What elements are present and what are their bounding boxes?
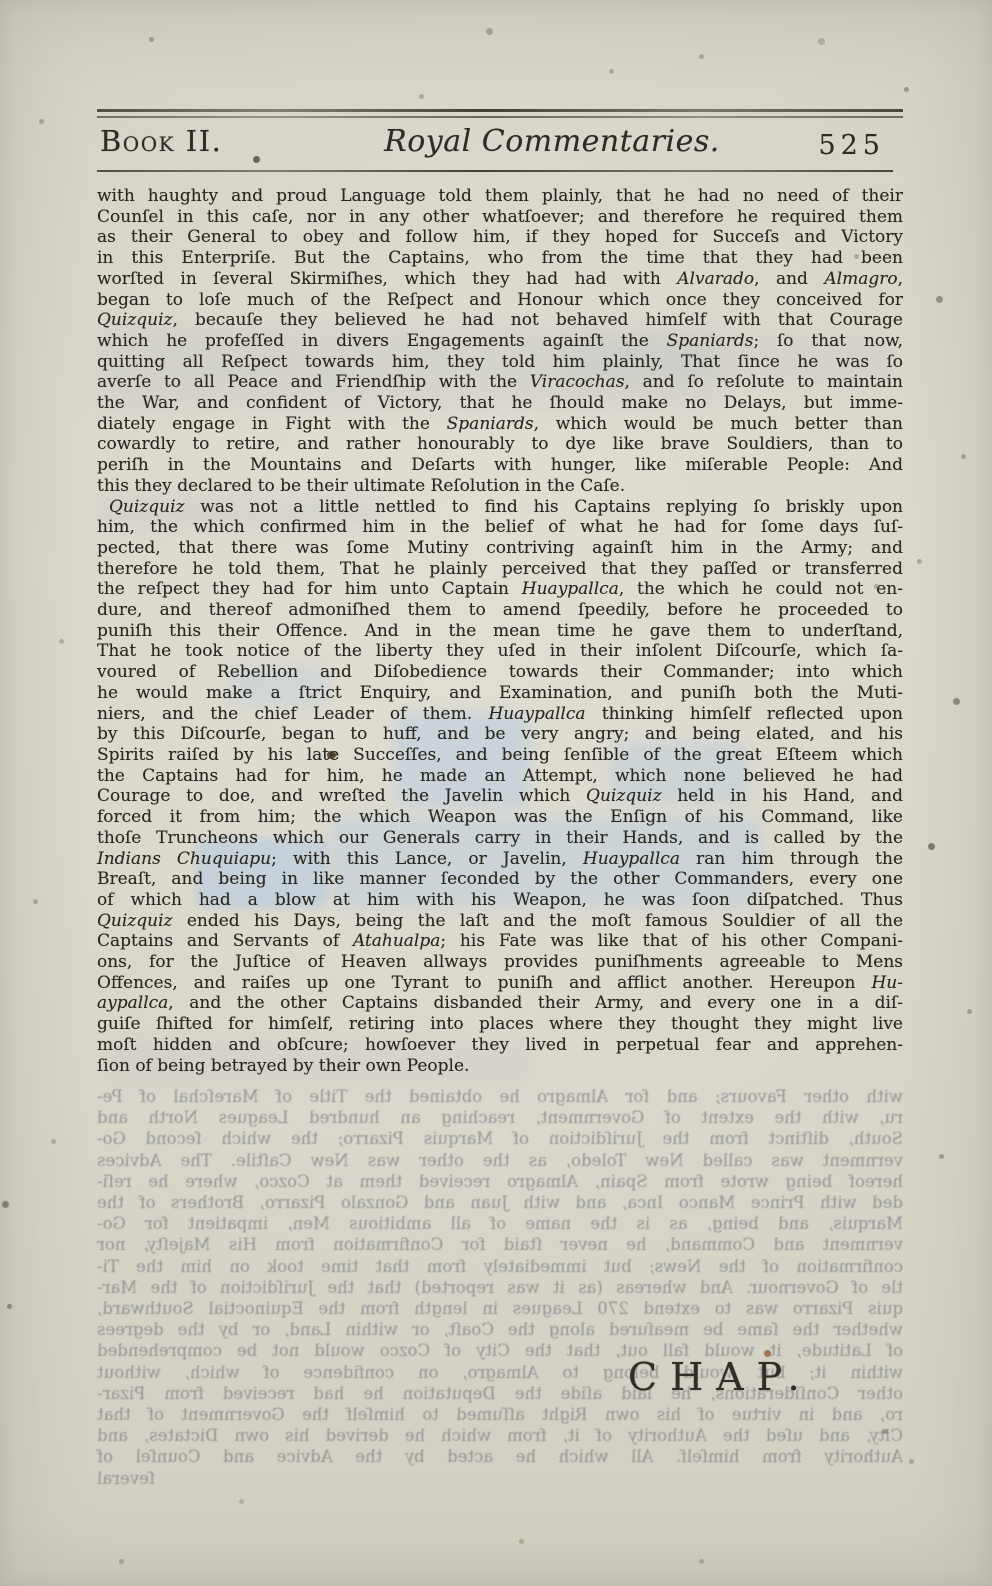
showthrough-line: Authority from himſelf. All which he act…	[97, 1446, 903, 1467]
text-line: the Captains had for him, he made an Att…	[97, 766, 903, 787]
book-label: Book II.	[100, 124, 222, 158]
text-line: dure, and thereof admoniſhed them to ame…	[97, 600, 903, 621]
text-line: he would make a ſtrict Enquiry, and Exam…	[97, 683, 903, 704]
text-line: moſt hidden and obſcure; howſoever they …	[97, 1035, 903, 1056]
text-line: thoſe Truncheons which our Generals carr…	[97, 828, 903, 849]
showthrough-line: ru, with the extent of Government, reach…	[97, 1107, 903, 1128]
verso-showthrough-text: with other Favours; and for Almagro he o…	[97, 1086, 903, 1489]
text-line: this they declared to be their ultimate …	[97, 476, 903, 497]
text-line: ſion of being betrayed by their own Peop…	[97, 1056, 903, 1077]
body-text: with haughty and proud Language told the…	[97, 186, 903, 1076]
text-line: Spirits raiſed by his late Succeſſes, an…	[97, 745, 903, 766]
text-line: diately engage in Fight with the Spaniar…	[97, 414, 903, 435]
paragraph: Quizquiz was not a little nettled to fin…	[97, 497, 903, 1077]
text-line: Captains and Servants of Atahualpa; his …	[97, 931, 903, 952]
top-rule-lower	[97, 116, 903, 118]
text-line: the reſpect they had for him unto Captai…	[97, 579, 903, 600]
text-line: cowardly to retire, and rather honourabl…	[97, 434, 903, 455]
paragraph: with haughty and proud Language told the…	[97, 186, 903, 497]
text-line: Offences, and raiſes up one Tyrant to pu…	[97, 973, 903, 994]
header-rule	[97, 170, 893, 172]
showthrough-line: with other Favours; and for Almagro he o…	[97, 1086, 903, 1107]
text-line: periſh in the Mountains and Deſarts with…	[97, 455, 903, 476]
showthrough-line: vernment was called New Toledo, as the o…	[97, 1150, 903, 1171]
foxing-specks	[0, 0, 3, 3]
ink-blot	[327, 751, 336, 759]
showthrough-line: tle of Governour. And whereas (as it was…	[97, 1277, 903, 1298]
text-line: forced it from him; the which Weapon was…	[97, 807, 903, 828]
showthrough-line: ſeveral	[97, 1468, 903, 1489]
text-line: quitting all Reſpect towards him, they t…	[97, 352, 903, 373]
showthrough-line: whether the ſame be meaſured along the C…	[97, 1319, 903, 1340]
text-line: him, the which confirmed him in the beli…	[97, 517, 903, 538]
page-number: 525	[818, 130, 885, 161]
text-line: with haughty and proud Language told the…	[97, 186, 903, 207]
text-line: of which had a blow at him with his Weap…	[97, 890, 903, 911]
scanned-book-page: { "header": { "book_label": "Book II.", …	[0, 0, 992, 1586]
running-title: Royal Commentaries.	[307, 124, 797, 159]
showthrough-line: vernment and Command, he never ſtaid for…	[97, 1234, 903, 1255]
text-line: by this Diſcourſe, began to huff, and be…	[97, 724, 903, 745]
text-line: aypallca, and the other Captains disband…	[97, 993, 903, 1014]
text-line: guiſe ſhifted for himſelf, retiring into…	[97, 1014, 903, 1035]
text-line: Counſel in this caſe, nor in any other w…	[97, 207, 903, 228]
text-line: pected, that there was ſome Mutiny contr…	[97, 538, 903, 559]
text-line: in this Enterpriſe. But the Captains, wh…	[97, 248, 903, 269]
showthrough-line: Marquis, and being, as is the name of al…	[97, 1213, 903, 1234]
text-line: ons, for the Juſtice of Heaven allways p…	[97, 952, 903, 973]
catchword: CHAP.	[628, 1355, 813, 1399]
showthrough-line: confirmation of the News; but immediatel…	[97, 1256, 903, 1277]
text-line: which he profeſſed in divers Engagements…	[97, 331, 903, 352]
text-line: worſted in ſeveral Skirmiſhes, which the…	[97, 269, 903, 290]
showthrough-line: City, and uſed the Authority of it, from…	[97, 1425, 903, 1446]
text-line: Courage to doe, and wreſted the Javelin …	[97, 786, 903, 807]
text-line: That he took notice of the liberty they …	[97, 641, 903, 662]
text-line: Quizquiz was not a little nettled to fin…	[97, 497, 903, 518]
text-line: voured of Rebellion and Diſobedience tow…	[97, 662, 903, 683]
text-line: Indians Chuquiapu; with this Lance, or J…	[97, 849, 903, 870]
page-header: Book II. Royal Commentaries. 525	[97, 124, 903, 170]
text-line: niers, and the chief Leader of them. Hua…	[97, 704, 903, 725]
showthrough-line: ded with Prince Manco Inca, and with Jua…	[97, 1192, 903, 1213]
showthrough-line: South, diſtinct from the Juriſdiction of…	[97, 1128, 903, 1149]
text-line: Quizquiz ended his Days, being the laſt …	[97, 911, 903, 932]
text-line: averſe to all Peace and Friendſhip with …	[97, 372, 903, 393]
showthrough-line: quis Pizarro was to extend 270 Leagues i…	[97, 1298, 903, 1319]
text-line: the War, and confident of Victory, that …	[97, 393, 903, 414]
showthrough-line: ro, and in virtue of his own Right aſſum…	[97, 1404, 903, 1425]
text-line: began to loſe much of the Reſpect and Ho…	[97, 290, 903, 311]
top-rule-upper	[97, 109, 903, 112]
showthrough-line: hereof being wrote from Spain, Almagro r…	[97, 1171, 903, 1192]
text-line: Quizquiz, becauſe they believed he had n…	[97, 310, 903, 331]
text-line: as their General to obey and follow him,…	[97, 227, 903, 248]
text-line: Breaſt, and being in like manner ſeconde…	[97, 869, 903, 890]
text-line: therefore he told them, That he plainly …	[97, 559, 903, 580]
text-line: puniſh this their Offence. And in the me…	[97, 621, 903, 642]
